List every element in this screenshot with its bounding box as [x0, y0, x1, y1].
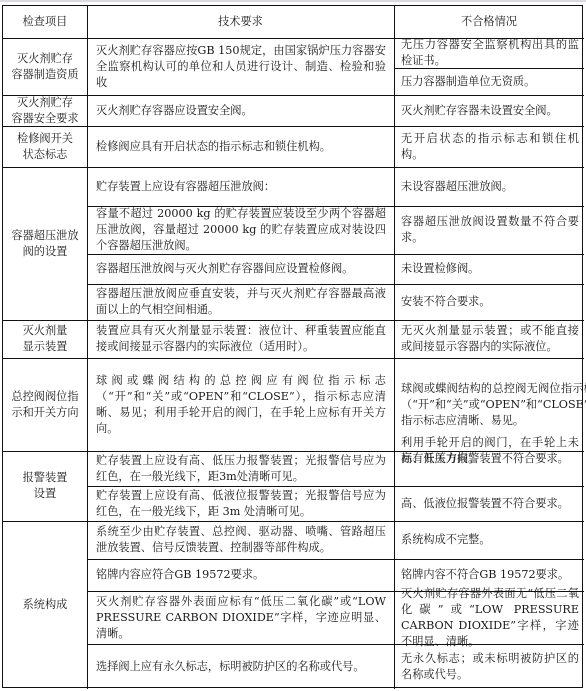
requirement-cell: 容量不超过 20000 kg 的贮存装置应装设至少两个容器超压泄放阀，容量超过 …: [87, 206, 394, 254]
inspection-item-text: 灭火剂贮存容器制造资质: [11, 51, 78, 83]
requirement-cell: 贮存装置上应设有高、低压力报警装置；光报警信号应为红色，在一般光线下，距3m处清…: [87, 451, 394, 486]
row-divider: [87, 486, 584, 487]
requirement-cell-text: 球阀或蝶阀结构的总控阀应有阀位指示标志（“开”和“关”或“OPEN”和“CLOS…: [96, 373, 386, 437]
requirement-cell: 铭牌内容应符合GB 19572要求。: [87, 559, 394, 591]
page-top-edge: [0, 0, 586, 2]
inspection-item-text: 系统构成: [23, 597, 68, 613]
inspection-item-text: 报警装置设置: [23, 470, 68, 502]
requirement-cell-text: 容器超压泄放阀与灭火剂贮存容器间应设置检修阀。: [96, 261, 353, 277]
nonconformity-cell: 安装不符合要求。: [394, 284, 584, 320]
requirement-cell: 贮存装置上应设有高、低液位报警装置；光报警信号应为红色，在一般光线下，距 3m …: [87, 486, 394, 521]
nonconformity-cell-text: 无开启状态的指示标志和锁住机构。: [401, 131, 579, 163]
inspection-item-text: 灭火剂贮存容器安全要求: [11, 95, 78, 127]
nonconformity-cell: 无灭火剂量显示装置；或不能直接或间接显示容器内的实际液位。: [394, 320, 584, 358]
row-divider: [87, 206, 584, 207]
requirement-cell-text: 贮存装置上应设有高、低液位报警装置；光报警信号应为红色，在一般光线下，距 3m …: [96, 488, 386, 520]
header-technical-requirement: 技术要求: [87, 6, 394, 38]
inspection-item: 系统构成: [3, 521, 87, 689]
requirement-cell-text: 灭火剂贮存容器外表面应标有“低压二氧化碳”或“LOW PRESSURE CARB…: [96, 594, 386, 642]
requirement-cell: 球阀或蝶阀结构的总控阀应有阀位指示标志（“开”和“关”或“OPEN”和“CLOS…: [87, 358, 394, 451]
nonconformity-cell: 未设容器超压泄放阀。: [394, 167, 584, 206]
requirement-cell: 选择阀上应有永久标志，标明被防护区的名称或代号。: [87, 644, 394, 689]
requirement-cell-text: 贮存装置上应设有高、低压力报警装置；光报警信号应为红色，在一般光线下，距3m处清…: [96, 453, 386, 485]
inspection-item: 检修阀开关状态标志: [3, 126, 87, 167]
requirement-cell-text: 灭火剂贮存容器应按GB 150规定，由国家锅炉压力容器安全监察机构认可的单位和人…: [96, 43, 386, 91]
nonconformity-cell: 高、低液位报警装置不符合要求。: [394, 486, 584, 521]
nonconformity-cell: 容器超压泄放阀设置数量不符合要求。: [394, 206, 584, 254]
inspection-item-text: 检修阀开关状态标志: [17, 131, 73, 163]
requirement-cell: 贮存装置上应设有容器超压泄放阀：: [87, 167, 394, 206]
nonconformity-cell: 未设置检修阀。: [394, 254, 584, 284]
nonconformity-cell-text: 铭牌内容不符合GB 19572要求。: [401, 567, 569, 583]
requirement-cell-text: 容器超压泄放阀应垂直安装，并与灭火剂贮存容器最高液面以上的气相空间相通。: [96, 286, 386, 318]
nonconformity-cell-text: 球阀或蝶阀结构的总控阀无阀位指示标志（“开”和“关”或“OPEN”和“CLOSE…: [401, 381, 586, 429]
requirement-cell-text: 铭牌内容应符合GB 19572要求。: [96, 567, 264, 583]
header-nonconformity-text: 不合格情况: [461, 14, 517, 30]
row-divider: [87, 284, 584, 285]
requirement-cell: 系统至少由贮存装置、总控阀、驱动器、喷嘴、管路超压泄放装置、信号反馈装置、控制器…: [87, 521, 394, 559]
requirement-cell-text: 容量不超过 20000 kg 的贮存装置应装设至少两个容器超压泄放阀，容量超过 …: [96, 206, 386, 254]
nonconformity-cell: 无永久标志；或未标明被防护区的名称或代号。: [394, 644, 584, 689]
requirement-cell-text: 选择阀上应有永久标志，标明被防护区的名称或代号。: [96, 659, 365, 675]
nonconformity-cell-text: 灭火剂贮存容器外表面无“低压二氧化碳”或“LOW PRESSURE CARBON…: [401, 586, 579, 650]
nonconformity-cell-text: 未设容器超压泄放阀。: [401, 179, 513, 195]
requirement-cell: 灭火剂贮存容器应设置安全阀。: [87, 95, 394, 126]
requirement-cell-text: 装置应具有灭火剂量显示装置：液位计、秤重装置应能直接或间接显示容器内的实际液位（…: [96, 323, 386, 355]
nonconformity-cell-text: 无灭火剂量显示装置；或不能直接或间接显示容器内的实际液位。: [401, 323, 579, 355]
nonconformity-cell: 灭火剂贮存容器未设置安全阀。: [394, 95, 584, 126]
inspection-item: 灭火剂量显示装置: [3, 320, 87, 358]
row-divider: [87, 559, 584, 560]
row-divider: [87, 591, 584, 592]
nonconformity-cell-text: 灭火剂贮存容器未设置安全阀。: [401, 103, 558, 119]
requirement-cell: 装置应具有灭火剂量显示装置：液位计、秤重装置应能直接或间接显示容器内的实际液位（…: [87, 320, 394, 358]
nonconformity-cell-text: 安装不符合要求。: [401, 294, 491, 310]
row-divider: [87, 254, 584, 255]
inspection-item: 总控阀阀位指示和开关方向: [3, 358, 87, 451]
inspection-item-text: 灭火剂量显示装置: [23, 323, 68, 355]
inspection-item-text: 总控阀阀位指示和开关方向: [11, 389, 78, 421]
inspection-table: 检查项目技术要求不合格情况灭火剂贮存容器制造资质灭火剂贮存容器应按GB 150规…: [2, 5, 583, 688]
nonconformity-cell-text: 无压力容器安全监察机构出具的监检证书。: [401, 37, 579, 69]
requirement-cell: 容器超压泄放阀与灭火剂贮存容器间应设置检修阀。: [87, 254, 394, 284]
nonconformity-cell-text: 系统构成不完整。: [401, 532, 491, 548]
nonconformity-cell: 无压力容器安全监察机构出具的监检证书。: [394, 38, 584, 68]
requirement-cell-text: 贮存装置上应设有容器超压泄放阀：: [96, 179, 275, 195]
inspection-item: 容器超压泄放阀的设置: [3, 167, 87, 320]
nonconformity-cell: 压力容器制造单位无资质。: [394, 68, 584, 95]
requirement-cell-text: 灭火剂贮存容器应设置安全阀。: [96, 103, 253, 119]
inspection-item: 灭火剂贮存容器安全要求: [3, 95, 87, 126]
nonconformity-cell: 系统构成不完整。: [394, 521, 584, 559]
nonconformity-cell-text: 未设置检修阀。: [401, 261, 479, 277]
nonconformity-cell: 无开启状态的指示标志和锁住机构。: [394, 126, 584, 167]
nonconformity-cell-text: 容器超压泄放阀设置数量不符合要求。: [401, 214, 579, 246]
requirement-cell-text: 检修阀应具有开启状态的指示标志和锁住机构。: [96, 139, 331, 155]
row-divider: [394, 68, 584, 69]
header-inspection-item: 检查项目: [3, 6, 87, 38]
requirement-cell: 容器超压泄放阀应垂直安装，并与灭火剂贮存容器最高液面以上的气相空间相通。: [87, 284, 394, 320]
nonconformity-cell-text: 无永久标志；或未标明被防护区的名称或代号。: [401, 651, 579, 683]
inspection-item: 报警装置设置: [3, 451, 87, 521]
requirement-cell: 灭火剂贮存容器应按GB 150规定，由国家锅炉压力容器安全监察机构认可的单位和人…: [87, 38, 394, 95]
nonconformity-cell-text: 高、低压力报警装置不符合要求。: [401, 451, 569, 467]
inspection-item: 灭火剂贮存容器制造资质: [3, 38, 87, 95]
nonconformity-cell: 高、低压力报警装置不符合要求。: [394, 451, 584, 467]
inspection-item-text: 容器超压泄放阀的设置: [11, 228, 78, 260]
requirement-cell-text: 系统至少由贮存装置、总控阀、驱动器、喷嘴、管路超压泄放装置、信号反馈装置、控制器…: [96, 524, 386, 556]
requirement-cell: 灭火剂贮存容器外表面应标有“低压二氧化碳”或“LOW PRESSURE CARB…: [87, 591, 394, 644]
nonconformity-cell-text: 高、低液位报警装置不符合要求。: [401, 496, 569, 512]
header-nonconformity: 不合格情况: [394, 6, 584, 38]
nonconformity-cell-text: 压力容器制造单位无资质。: [401, 74, 535, 90]
nonconformity-cell: 灭火剂贮存容器外表面无“低压二氧化碳”或“LOW PRESSURE CARBON…: [394, 591, 584, 644]
header-inspection-item-text: 检查项目: [23, 14, 68, 30]
row-divider: [87, 644, 584, 645]
requirement-cell: 检修阀应具有开启状态的指示标志和锁住机构。: [87, 126, 394, 167]
header-technical-requirement-text: 技术要求: [218, 14, 263, 30]
